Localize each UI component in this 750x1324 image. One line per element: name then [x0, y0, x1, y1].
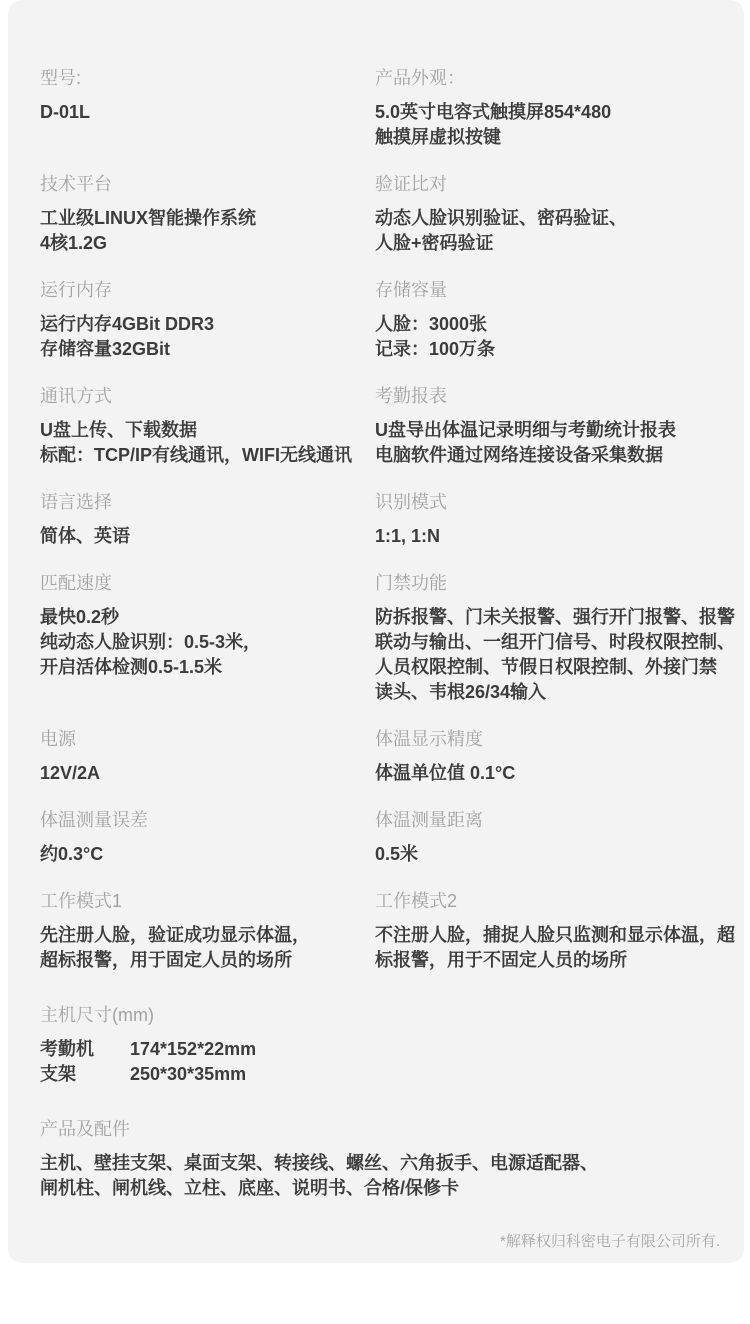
spec-line: 主机、壁挂支架、桌面支架、转接线、螺丝、六角扳手、电源适配器、 — [40, 1151, 598, 1176]
section-title-appearance: 产品外观： — [375, 68, 724, 89]
section-title-dimensions: 主机尺寸(mm) — [40, 1005, 256, 1026]
spec-section-recognition-mode: 识别模式 1:1, 1:N — [375, 492, 724, 549]
spec-line: 0.5米 — [375, 842, 724, 867]
dimension-value: 174*152*22mm — [130, 1037, 256, 1062]
spec-row-model-appearance: 型号: D-01L 产品外观： 5.0英寸电容式触摸屏854*480 触摸屏虚拟… — [40, 68, 724, 150]
spec-line: 最快0.2秒 — [40, 605, 375, 630]
spec-line: 标报警，用于不固定人员的场所 — [375, 948, 724, 973]
dimension-row: 考勤机 174*152*22mm — [40, 1037, 256, 1062]
section-title-platform: 技术平台 — [40, 174, 375, 195]
spec-line: U盘导出体温记录明细与考勤统计报表 — [375, 418, 724, 443]
spec-line: 工业级LINUX智能操作系统 — [40, 206, 375, 231]
spec-section-platform: 技术平台 工业级LINUX智能操作系统 4核1.2G — [40, 174, 375, 256]
section-title-match-speed: 匹配速度 — [40, 573, 375, 594]
spec-row-accessories: 产品及配件 主机、壁挂支架、桌面支架、转接线、螺丝、六角扳手、电源适配器、 闸机… — [40, 1119, 724, 1201]
section-title-work-mode-2: 工作模式2 — [375, 891, 724, 912]
spec-line: 人员权限控制、节假日权限控制、外接门禁 — [375, 655, 724, 680]
spec-row-communication-reports: 通讯方式 U盘上传、下载数据 标配：TCP/IP有线通讯，WIFI无线通讯 考勤… — [40, 386, 724, 468]
spec-line: 5.0英寸电容式触摸屏854*480 — [375, 100, 724, 125]
dimension-name: 支架 — [40, 1062, 130, 1087]
dimension-value: 250*30*35mm — [130, 1062, 246, 1087]
section-title-language: 语言选择 — [40, 492, 375, 513]
spec-line: 不注册人脸，捕捉人脸只监测和显示体温，超 — [375, 923, 724, 948]
section-title-reports: 考勤报表 — [375, 386, 724, 407]
section-title-temp-distance: 体温测量距离 — [375, 810, 724, 831]
spec-section-work-mode-1: 工作模式1 先注册人脸，验证成功显示体温， 超标报警，用于固定人员的场所 — [40, 891, 375, 973]
spec-line: 动态人脸识别验证、密码验证、 — [375, 206, 724, 231]
section-title-storage: 存储容量 — [375, 280, 724, 301]
spec-line: 先注册人脸，验证成功显示体温， — [40, 923, 375, 948]
spec-panel: 型号: D-01L 产品外观： 5.0英寸电容式触摸屏854*480 触摸屏虚拟… — [8, 0, 744, 1263]
spec-line: 存储容量32GBit — [40, 337, 375, 362]
spec-line: 运行内存4GBit DDR3 — [40, 312, 375, 337]
spec-section-match-speed: 匹配速度 最快0.2秒 纯动态人脸识别：0.5-3米， 开启活体检测0.5-1.… — [40, 573, 375, 680]
spec-line: 简体、英语 — [40, 524, 375, 549]
spec-line: 1:1, 1:N — [375, 524, 724, 549]
spec-section-model: 型号: D-01L — [40, 68, 375, 125]
spec-line: 读头、韦根26/34输入 — [375, 680, 724, 705]
spec-line: 约0.3°C — [40, 842, 375, 867]
spec-line: 开启活体检测0.5-1.5米 — [40, 655, 375, 680]
spec-section-power: 电源 12V/2A — [40, 729, 375, 786]
spec-section-temp-distance: 体温测量距离 0.5米 — [375, 810, 724, 867]
spec-section-accessories: 产品及配件 主机、壁挂支架、桌面支架、转接线、螺丝、六角扳手、电源适配器、 闸机… — [40, 1119, 598, 1201]
spec-line: 电脑软件通过网络连接设备采集数据 — [375, 443, 724, 468]
spec-line: 超标报警，用于固定人员的场所 — [40, 948, 375, 973]
spec-row-temp-error-distance: 体温测量误差 约0.3°C 体温测量距离 0.5米 — [40, 810, 724, 867]
spec-row-memory-storage: 运行内存 运行内存4GBit DDR3 存储容量32GBit 存储容量 人脸：3… — [40, 280, 724, 362]
section-title-verification: 验证比对 — [375, 174, 724, 195]
spec-section-storage: 存储容量 人脸：3000张 记录：100万条 — [375, 280, 724, 362]
spec-line: 触摸屏虚拟按键 — [375, 125, 724, 150]
section-title-communication: 通讯方式 — [40, 386, 375, 407]
spec-section-temp-precision: 体温显示精度 体温单位值 0.1°C — [375, 729, 724, 786]
spec-row-dimensions: 主机尺寸(mm) 考勤机 174*152*22mm 支架 250*30*35mm — [40, 1005, 724, 1087]
dimension-name: 考勤机 — [40, 1037, 130, 1062]
spec-row-platform-verification: 技术平台 工业级LINUX智能操作系统 4核1.2G 验证比对 动态人脸识别验证… — [40, 174, 724, 256]
section-title-work-mode-1: 工作模式1 — [40, 891, 375, 912]
spec-line: 体温单位值 0.1°C — [375, 761, 724, 786]
spec-line: 联动与输出、一组开门信号、时段权限控制、 — [375, 630, 724, 655]
spec-sheet-page: 型号: D-01L 产品外观： 5.0英寸电容式触摸屏854*480 触摸屏虚拟… — [0, 0, 750, 1324]
spec-line: 记录：100万条 — [375, 337, 724, 362]
spec-section-dimensions: 主机尺寸(mm) 考勤机 174*152*22mm 支架 250*30*35mm — [40, 1005, 256, 1087]
copyright-note: *解释权归科密电子有限公司所有. — [500, 1233, 720, 1251]
spec-section-language: 语言选择 简体、英语 — [40, 492, 375, 549]
spec-line: 人脸：3000张 — [375, 312, 724, 337]
section-title-temp-precision: 体温显示精度 — [375, 729, 724, 750]
section-title-model: 型号: — [40, 68, 375, 89]
section-title-memory: 运行内存 — [40, 280, 375, 301]
spec-line: 4核1.2G — [40, 231, 375, 256]
spec-section-memory: 运行内存 运行内存4GBit DDR3 存储容量32GBit — [40, 280, 375, 362]
spec-section-temp-error: 体温测量误差 约0.3°C — [40, 810, 375, 867]
spec-row-speed-access: 匹配速度 最快0.2秒 纯动态人脸识别：0.5-3米， 开启活体检测0.5-1.… — [40, 573, 724, 705]
spec-row-work-modes: 工作模式1 先注册人脸，验证成功显示体温， 超标报警，用于固定人员的场所 工作模… — [40, 891, 724, 973]
spec-line: U盘上传、下载数据 — [40, 418, 375, 443]
section-title-temp-error: 体温测量误差 — [40, 810, 375, 831]
spec-line: D-01L — [40, 100, 375, 125]
spec-line: 人脸+密码验证 — [375, 231, 724, 256]
spec-line: 12V/2A — [40, 761, 375, 786]
spec-section-appearance: 产品外观： 5.0英寸电容式触摸屏854*480 触摸屏虚拟按键 — [375, 68, 724, 150]
spec-section-work-mode-2: 工作模式2 不注册人脸，捕捉人脸只监测和显示体温，超 标报警，用于不固定人员的场… — [375, 891, 724, 973]
spec-line: 闸机柱、闸机线、立柱、底座、说明书、合格/保修卡 — [40, 1176, 598, 1201]
section-title-accessories: 产品及配件 — [40, 1119, 598, 1140]
spec-row-language-recognition: 语言选择 简体、英语 识别模式 1:1, 1:N — [40, 492, 724, 549]
section-title-recognition-mode: 识别模式 — [375, 492, 724, 513]
spec-section-verification: 验证比对 动态人脸识别验证、密码验证、 人脸+密码验证 — [375, 174, 724, 256]
spec-section-reports: 考勤报表 U盘导出体温记录明细与考勤统计报表 电脑软件通过网络连接设备采集数据 — [375, 386, 724, 468]
spec-section-communication: 通讯方式 U盘上传、下载数据 标配：TCP/IP有线通讯，WIFI无线通讯 — [40, 386, 375, 468]
spec-row-power-precision: 电源 12V/2A 体温显示精度 体温单位值 0.1°C — [40, 729, 724, 786]
spec-line: 纯动态人脸识别：0.5-3米， — [40, 630, 375, 655]
spec-line: 防拆报警、门未关报警、强行开门报警、报警 — [375, 605, 724, 630]
section-title-power: 电源 — [40, 729, 375, 750]
spec-section-access-control: 门禁功能 防拆报警、门未关报警、强行开门报警、报警 联动与输出、一组开门信号、时… — [375, 573, 724, 705]
spec-line: 标配：TCP/IP有线通讯，WIFI无线通讯 — [40, 443, 375, 468]
section-title-access-control: 门禁功能 — [375, 573, 724, 594]
dimension-row: 支架 250*30*35mm — [40, 1062, 256, 1087]
